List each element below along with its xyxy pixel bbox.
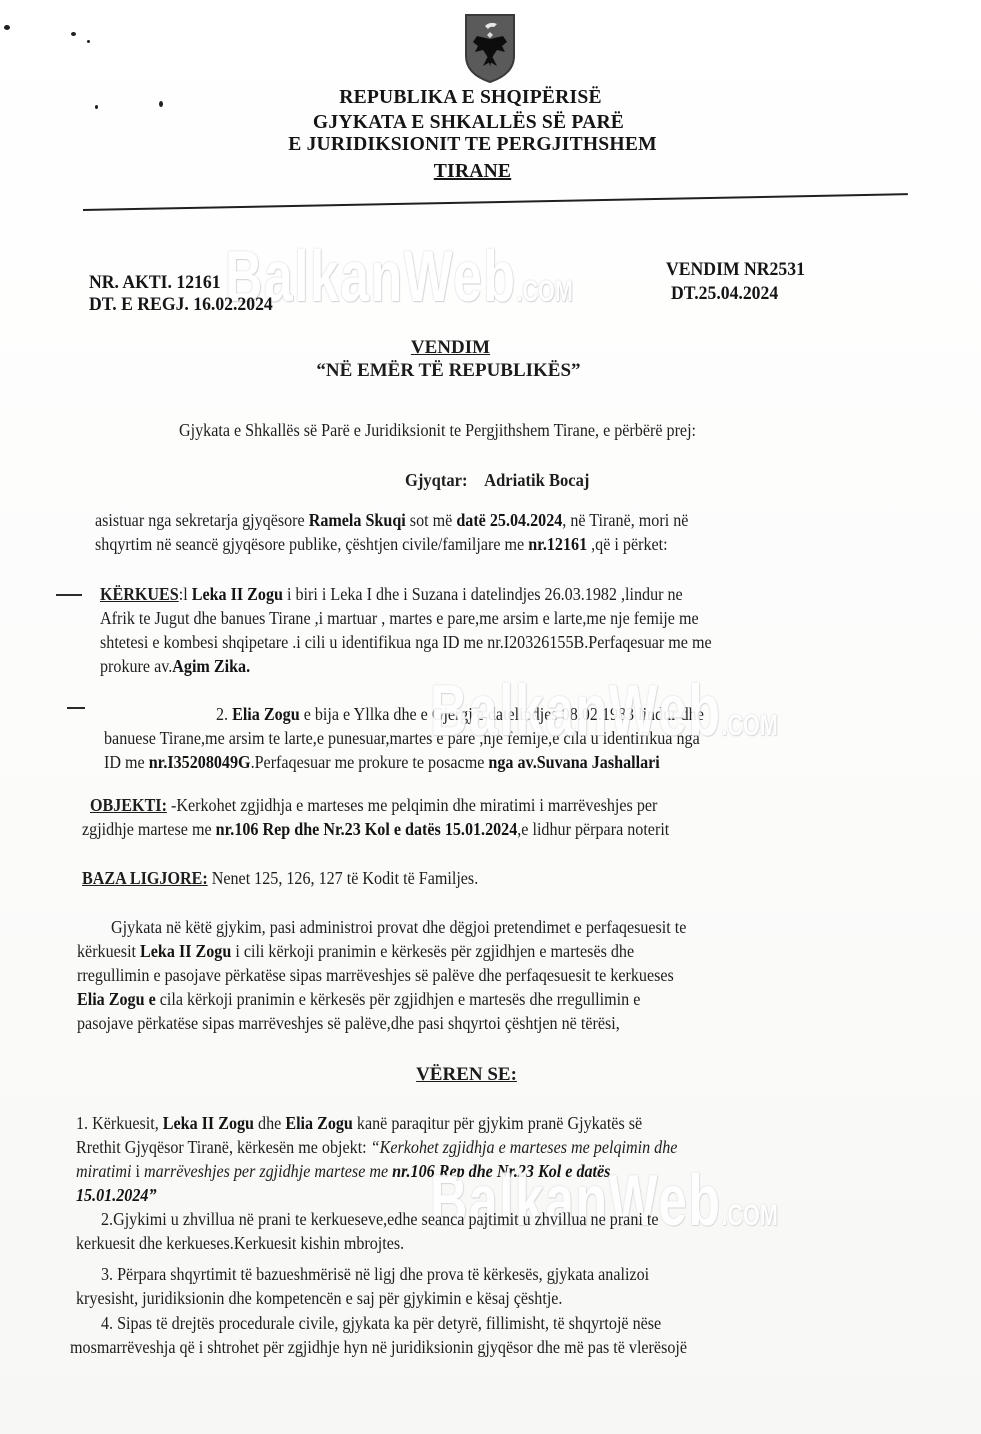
petitioner-label: KËRKUES [100, 584, 179, 604]
party-1-line-3: shtetesi e kombesi shqipetare .i cili u … [100, 630, 712, 655]
decision-number: VENDIM NR2531 [666, 259, 805, 281]
object-line-2: zgjidhje martese me nr.106 Rep dhe Nr.23… [82, 817, 669, 842]
finding-1-line-4: 15.01.2024” [76, 1183, 157, 1208]
finding-1-line-1: 1. Kërkuesit, Leka II Zogu dhe Elia Zogu… [76, 1111, 642, 1136]
party-1-line-2: Afrik te Jugut dhe banues Tirane ,i mart… [100, 606, 699, 631]
finding-2-line-2: kerkuesit dhe kerkueses.Kerkuesit kishin… [76, 1231, 404, 1256]
agreement-reference: nr.106 Rep dhe Nr.23 Kol e datës 15.01.2… [216, 819, 518, 839]
decision-subheading: “NË EMËR TË REPUBLIKËS” [0, 360, 939, 382]
court-decision-page: REPUBLIKA E SHQIPËRISË GJYKATA E SHKALLË… [0, 0, 981, 1434]
margin-dash [67, 707, 85, 709]
party-1-line-1: KËRKUES:l Leka II Zogu i biri i Leka I d… [100, 582, 683, 607]
margin-dash [56, 594, 82, 596]
judge-name: Adriatik Bocaj [484, 470, 589, 490]
object-line-1: OBJEKTI: -Kerkohet zgjidhja e marteses m… [90, 793, 657, 818]
header-city: TIRANE [0, 160, 953, 183]
judge-line: Gjyqtar: Adriatik Bocaj [405, 468, 589, 493]
party-1-line-4: prokure av.Agim Zika. [100, 654, 250, 679]
body-line-4: Elia Zogu e cila kërkoji pranimin e kërk… [77, 987, 640, 1012]
finding-1-line-2: Rrethit Gjyqësor Tiranë, kërkesën me obj… [76, 1135, 677, 1160]
finding-2-line-1: 2.Gjykimi u zhvillua në prani te kerkues… [101, 1207, 659, 1232]
decision-date: DT.25.04.2024 [671, 283, 778, 305]
legal-basis-label: BAZA LIGJORE: [82, 868, 208, 888]
petitioner-2-name: Elia Zogu [232, 704, 300, 724]
petitioner-2-lawyer: nga av.Suvana Jashallari [488, 752, 659, 772]
court-composition: Gjykata e Shkallës së Parë e Juridiksion… [179, 418, 696, 443]
session-line-1: asistuar nga sekretarja gjyqësore Ramela… [95, 508, 688, 533]
body-line-1: Gjykata në këtë gjykim, pasi administroi… [111, 915, 686, 940]
coat-of-arms-icon [463, 12, 517, 84]
finding-3-line-2: kryesisht, juridiksionin dhe kompetencën… [76, 1286, 562, 1311]
judge-label: Gjyqtar: [405, 470, 468, 490]
header-court: GJYKATA E SHKALLËS SË PARË [0, 111, 949, 134]
header-jurisdiction: E JURIDIKSIONIT TE PERGJITHSHEM [0, 133, 953, 156]
secretary-name: Ramela Skuqi [309, 510, 406, 530]
party-2-line-1: 2. Elia Zogu e bija e Yllka dhe e Gjergj… [216, 702, 704, 727]
petitioner-1-name: Leka II Zogu [192, 584, 283, 604]
session-line-2: shqyrtim në seancë gjyqësore publike, çë… [95, 532, 668, 557]
party-2-line-2: banuese Tirane,me arsim te larte,e punes… [104, 726, 700, 751]
finding-4-line-2: mosmarrëveshja që i shtrohet për zgjidhj… [70, 1335, 687, 1360]
petitioner-1-lawyer: Agim Zika. [172, 656, 250, 676]
session-date: datë 25.04.2024 [456, 510, 562, 530]
case-number: nr.12161 [528, 534, 587, 554]
body-line-3: rregullimin e pasojave përkatëse sipas m… [77, 963, 674, 988]
findings-heading: VËREN SE: [0, 1064, 957, 1086]
scan-speck [71, 32, 76, 36]
petitioner-2-id: nr.I35208049G [149, 752, 251, 772]
watermark: BalkanWeb.COM [225, 236, 573, 318]
body-line-5: pasojave përkatëse sipas marrëveshjes së… [77, 1011, 620, 1036]
scan-speck [4, 25, 10, 30]
registration-date: DT. E REGJ. 16.02.2024 [89, 294, 273, 316]
party-2-line-3: ID me nr.I35208049G.Perfaqesuar me proku… [104, 750, 660, 775]
scan-speck [87, 40, 90, 43]
header-republic: REPUBLIKA E SHQIPËRISË [0, 86, 951, 109]
body-line-2: kërkuesit Leka II Zogu i cili kërkoji pr… [77, 939, 634, 964]
legal-basis: BAZA LIGJORE: Nenet 125, 126, 127 të Kod… [82, 866, 478, 891]
decision-heading: VENDIM [0, 337, 941, 359]
act-number: NR. AKTI. 12161 [89, 272, 221, 294]
finding-4-line-1: 4. Sipas të drejtës procedurale civile, … [101, 1311, 661, 1336]
finding-3-line-1: 3. Përpara shqyrtimit të bazueshmërisë n… [101, 1262, 649, 1287]
finding-1-line-3: miratimi i marrëveshjes per zgjidhje mar… [76, 1159, 610, 1184]
header-divider [83, 193, 908, 211]
object-label: OBJEKTI: [90, 795, 167, 815]
